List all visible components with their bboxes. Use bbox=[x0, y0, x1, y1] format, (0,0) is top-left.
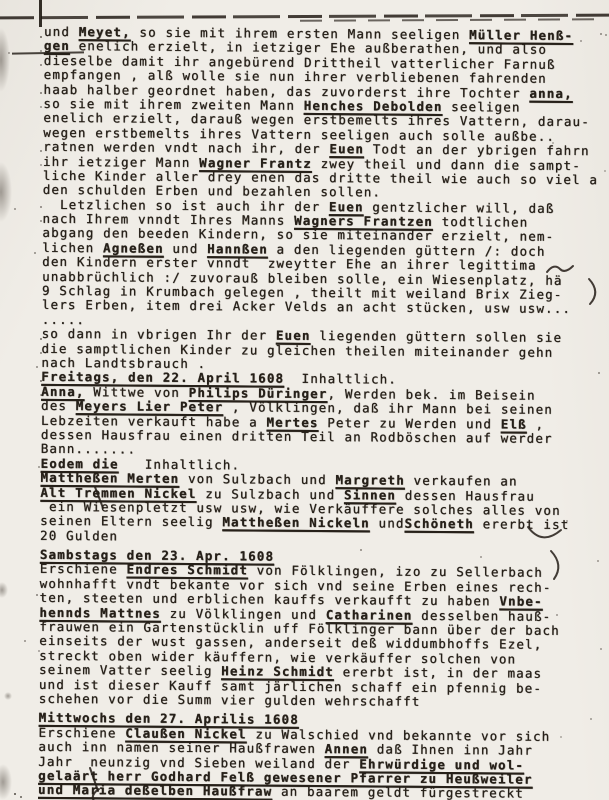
scanned-document-page: und Meyet, so sie mit ihrem ersten Mann … bbox=[0, 0, 609, 800]
text-segment: ererbt ist bbox=[474, 517, 570, 533]
text-segment: 20 Gulden bbox=[40, 527, 118, 543]
text-segment: und bbox=[44, 24, 79, 39]
underlined-text: Sinnen bbox=[344, 487, 396, 502]
underlined-text: Eodem die bbox=[41, 456, 119, 472]
entry-samstag-23-april-1608: Sambstags den 23. Apr. 1608Erschiene End… bbox=[39, 548, 609, 711]
text-segment: Erschiene bbox=[38, 725, 125, 741]
text-segment: todtlichen bbox=[433, 214, 529, 230]
text-line: und Maria deßelben Haußfraw an baarem ge… bbox=[38, 783, 609, 800]
entry-mittwoch-27-april-1608: Mittwochs den 27. Aprilis 1608Erschiene … bbox=[38, 711, 609, 800]
text-segment: verkaufen an bbox=[405, 473, 518, 489]
text-segment: Erschiene bbox=[40, 561, 127, 577]
edge-smudge bbox=[4, 692, 12, 700]
edge-smudge bbox=[0, 162, 12, 222]
text-segment: Bann....... bbox=[41, 441, 137, 457]
text-segment: und bbox=[370, 516, 405, 531]
underlined-text: Elß bbox=[501, 416, 527, 431]
text-segment: an baarem geldt fürgestreckt bbox=[272, 784, 524, 800]
entry-freitag-22-april-1608: Freitags, den 22. April 1608 Inhaltlich.… bbox=[40, 370, 609, 547]
text-segment: Inhaltlich. bbox=[284, 371, 397, 387]
underlined-text: Wagner Frantz bbox=[199, 155, 312, 171]
text-segment: ..... bbox=[42, 312, 86, 327]
text-segment: schehen vor die Summ vier gulden wehrsch… bbox=[39, 691, 421, 709]
underlined-text: Margreth bbox=[335, 472, 405, 488]
margin-dotted-rule bbox=[40, 0, 42, 2]
text-segment: des bbox=[41, 398, 76, 413]
text-segment: , bbox=[527, 416, 544, 431]
text-segment: lichen bbox=[42, 240, 103, 255]
top-ruled-line-segment bbox=[300, 18, 600, 22]
underlined-text: Euen bbox=[329, 199, 364, 214]
underlined-text: Mertes bbox=[266, 414, 318, 429]
underlined-text: Catharinen bbox=[326, 607, 413, 623]
underlined-text: Schöneth bbox=[405, 516, 475, 532]
underlined-text: Euen bbox=[276, 328, 311, 343]
edge-smudge bbox=[0, 582, 8, 598]
underlined-text: und Maria deßelben Haußfraw bbox=[38, 782, 272, 799]
text-segment: und bbox=[164, 241, 208, 256]
underlined-text: Hannßen bbox=[207, 241, 268, 256]
underlined-text: anna, bbox=[529, 85, 573, 100]
underlined-text: Annen bbox=[325, 741, 369, 756]
underlined-text: Anna, bbox=[41, 384, 85, 399]
underlined-text: Agneßen bbox=[103, 240, 164, 255]
testament-entry: und Meyet, so sie mit ihrem ersten Mann … bbox=[41, 25, 609, 375]
underlined-text: gen bbox=[44, 38, 70, 53]
underlined-text: Meyet, bbox=[79, 24, 131, 39]
text-segment: seeligen bbox=[442, 99, 520, 115]
text-segment: Wittwe von bbox=[85, 384, 189, 400]
edge-smudge bbox=[0, 764, 12, 800]
scan-speckles bbox=[0, 0, 2, 2]
margin-vertical-tick bbox=[39, 0, 42, 27]
underlined-text: Euen bbox=[329, 141, 364, 156]
document-text: und Meyet, so sie mit ihrem ersten Mann … bbox=[38, 25, 609, 800]
underlined-text: Müller Henß- bbox=[469, 27, 573, 43]
underlined-text: Heinz Schmidt bbox=[221, 663, 334, 679]
underlined-text: Vnbe- bbox=[499, 594, 543, 609]
edge-smudge bbox=[0, 28, 10, 92]
underlined-text: Mattheßen Nickeln bbox=[222, 515, 370, 531]
